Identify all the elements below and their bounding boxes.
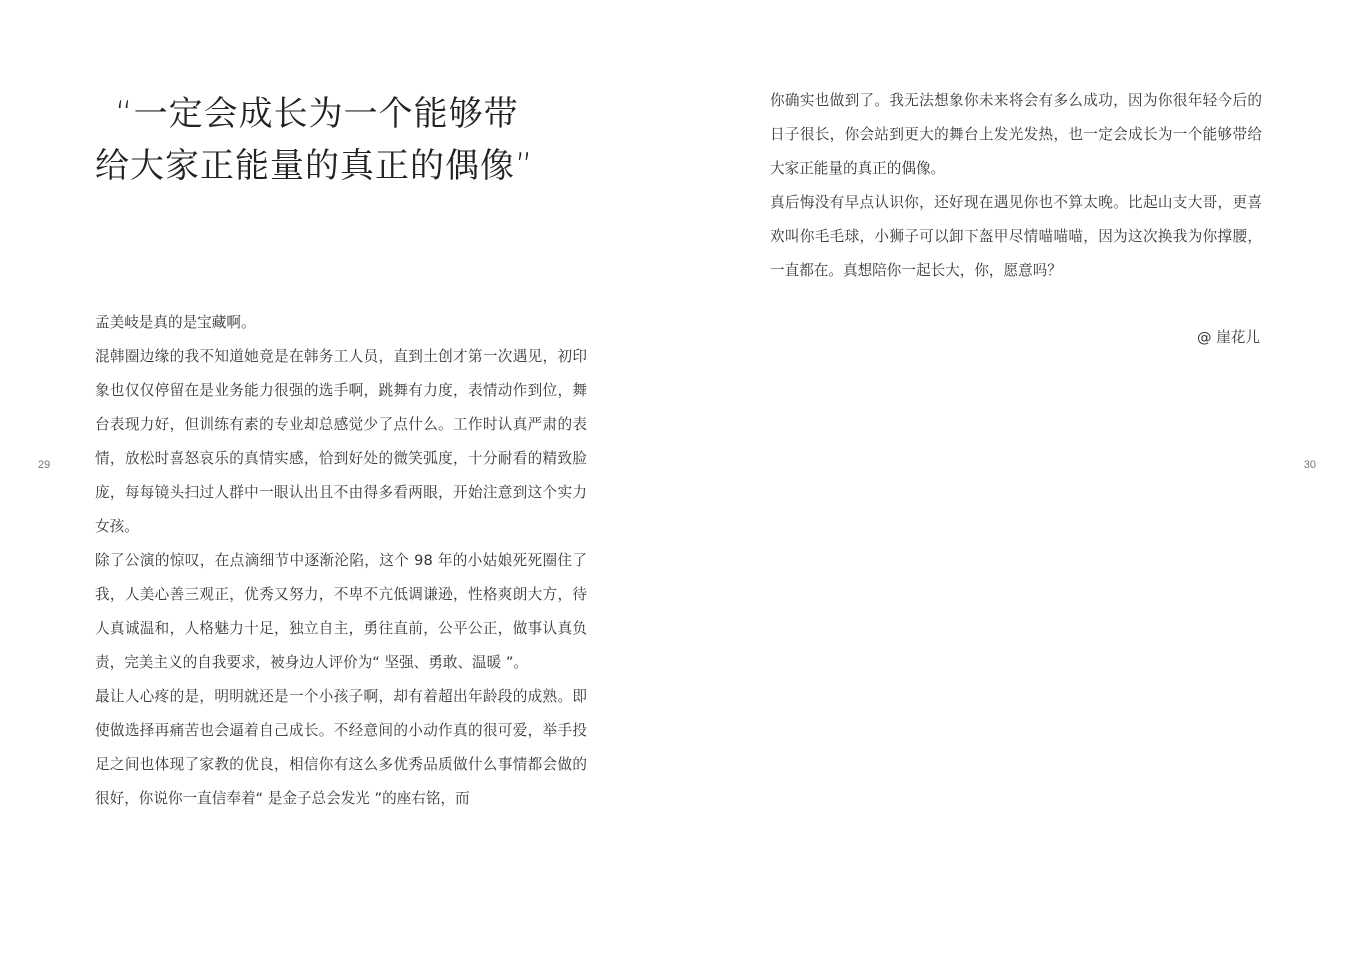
paragraph: 混韩圈边缘的我不知道她竟是在韩务工人员，直到土创才第一次遇见，初印象也仅仅停留在… [95, 340, 587, 544]
left-body-text: 孟美岐是真的是宝藏啊。 混韩圈边缘的我不知道她竟是在韩务工人员，直到土创才第一次… [95, 306, 587, 816]
title-line-1: “一定会成长为一个能够带 [95, 88, 575, 140]
page-title: “一定会成长为一个能够带 给大家正能量的真正的偶像” [95, 88, 575, 192]
paragraph: 你确实也做到了。我无法想象你未来将会有多么成功，因为你很年轻今后的日子很长，你会… [770, 84, 1262, 186]
right-page: 你确实也做到了。我无法想象你未来将会有多么成功，因为你很年轻今后的日子很长，你会… [677, 0, 1354, 956]
right-body-text: 你确实也做到了。我无法想象你未来将会有多么成功，因为你很年轻今后的日子很长，你会… [770, 84, 1262, 288]
paragraph: 孟美岐是真的是宝藏啊。 [95, 306, 587, 340]
paragraph: 最让人心疼的是，明明就还是一个小孩子啊，却有着超出年龄段的成熟。即使做选择再痛苦… [95, 680, 587, 816]
page-number-right: 30 [1304, 459, 1316, 471]
paragraph: 真后悔没有早点认识你，还好现在遇见你也不算太晚。比起山支大哥，更喜欢叫你毛毛球，… [770, 186, 1262, 288]
title-line-2: 给大家正能量的真正的偶像” [95, 140, 575, 192]
paragraph: 除了公演的惊叹，在点滴细节中逐渐沦陷，这个 98 年的小姑娘死死圈住了我，人美心… [95, 544, 587, 680]
author-signature: @ 崖花儿 [1197, 326, 1260, 347]
page-number-left: 29 [38, 459, 50, 471]
left-page: “一定会成长为一个能够带 给大家正能量的真正的偶像” 孟美岐是真的是宝藏啊。 混… [0, 0, 677, 956]
